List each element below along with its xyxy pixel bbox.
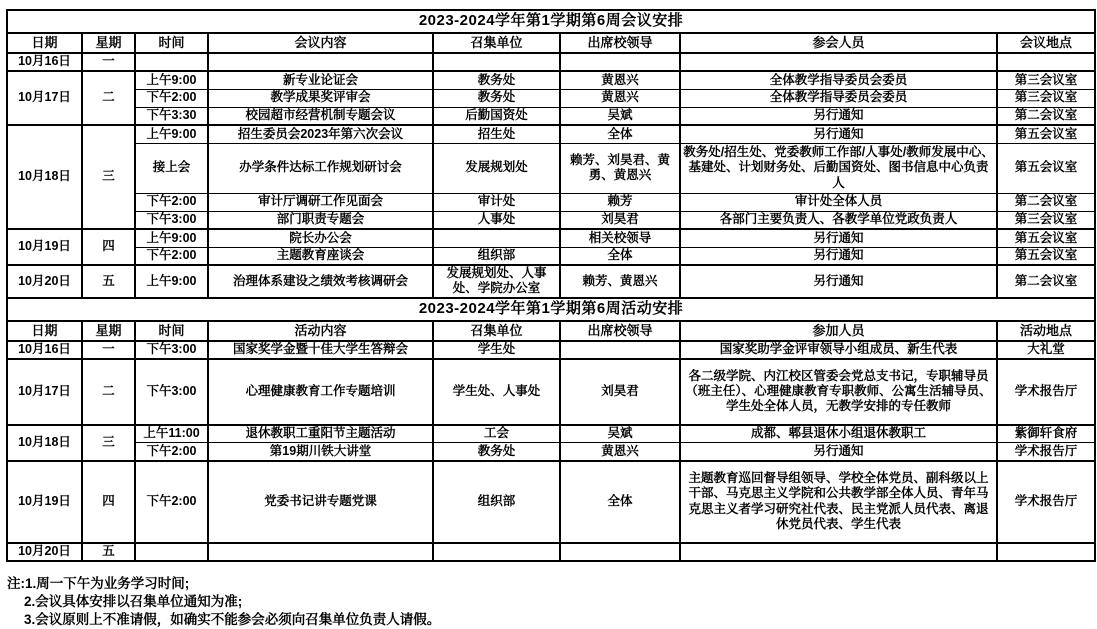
table-row: 下午3:30校园超市经营机制专题会议后勤国资处吴斌另行通知第二会议室 [7,107,1095,125]
cell-date: 10月18日 [7,425,82,461]
table-row: 10月19日四上午9:00院长办公会相关校领导另行通知第五会议室 [7,229,1095,247]
cell-time: 下午3:30 [135,107,208,125]
header-unit: 召集单位 [433,33,560,53]
cell-participants: 另行通知 [680,125,997,143]
cell-unit [433,53,560,71]
cell-participants: 另行通知 [680,443,997,461]
cell-content: 审计厅调研工作见面会 [208,193,433,211]
cell-weekday: 五 [82,543,135,561]
cell-content: 院长办公会 [208,229,433,247]
cell-weekday: 三 [82,125,135,229]
cell-content: 办学条件达标工作规划研讨会 [208,143,433,193]
column-header-row: 日期星期时间活动内容召集单位出席校领导参加人员活动地点 [7,321,1095,341]
cell-content [208,53,433,71]
table-row: 下午2:00主题教育座谈会组织部全体另行通知第五会议室 [7,247,1095,265]
cell-leader: 吴斌 [560,425,680,443]
header-date: 日期 [7,33,82,53]
table-row: 下午2:00审计厅调研工作见面会审计处赖芳审计处全体人员第二会议室 [7,193,1095,211]
cell-participants: 另行通知 [680,265,997,298]
cell-unit: 后勤国资处 [433,107,560,125]
cell-unit: 教务处 [433,71,560,89]
cell-date: 10月16日 [7,53,82,71]
cell-location: 第二会议室 [997,193,1095,211]
header-unit: 召集单位 [433,321,560,341]
cell-content: 退休教职工重阳节主题活动 [208,425,433,443]
cell-participants: 国家奖助学金评审领导小组成员、新生代表 [680,341,997,359]
table-row: 10月17日二下午3:00心理健康教育工作专题培训学生处、人事处刘昊君各二级学院… [7,359,1095,425]
cell-weekday: 二 [82,71,135,125]
cell-participants: 全体教学指导委员会委员 [680,89,997,107]
cell-leader: 刘昊君 [560,211,680,229]
cell-leader: 黄恩兴 [560,71,680,89]
header-date: 日期 [7,321,82,341]
header-location: 会议地点 [997,33,1095,53]
header-content: 活动内容 [208,321,433,341]
cell-participants: 另行通知 [680,247,997,265]
cell-weekday: 四 [82,461,135,543]
table-row: 接上会办学条件达标工作规划研讨会发展规划处赖芳、刘昊君、黄勇、黄恩兴教务处/招生… [7,143,1095,193]
table-row: 10月18日三上午9:00招生委员会2023年第六次会议招生处全体另行通知第五会… [7,125,1095,143]
cell-location: 第二会议室 [997,107,1095,125]
cell-leader: 黄恩兴 [560,443,680,461]
cell-content: 第19期川铁大讲堂 [208,443,433,461]
cell-content: 新专业论证会 [208,71,433,89]
cell-unit [433,543,560,561]
cell-location: 第五会议室 [997,143,1095,193]
cell-time: 下午2:00 [135,193,208,211]
cell-leader: 吴斌 [560,107,680,125]
cell-participants: 教务处/招生处、党委教师工作部/人事处/教师发展中心、基建处、计划财务处、后勤国… [680,143,997,193]
cell-time: 上午9:00 [135,229,208,247]
cell-participants: 各二级学院、内江校区管委会党总支书记，专职辅导员（班主任）、心理健康教育专职教师… [680,359,997,425]
cell-weekday: 一 [82,341,135,359]
cell-weekday: 四 [82,229,135,265]
cell-content: 校园超市经营机制专题会议 [208,107,433,125]
cell-unit: 发展规划处 [433,143,560,193]
cell-location: 学术报告厅 [997,461,1095,543]
cell-date: 10月20日 [7,265,82,298]
footnotes: 注:1.周一下午为业务学习时间; 2.会议具体安排以召集单位通知为准; 3.会议… [7,575,1094,619]
cell-weekday: 五 [82,265,135,298]
cell-leader [560,543,680,561]
cell-time: 下午3:00 [135,211,208,229]
cell-weekday: 二 [82,359,135,425]
cell-leader: 相关校领导 [560,229,680,247]
table-row: 10月18日三上午11:00退休教职工重阳节主题活动工会吴斌成都、郫县退休小组退… [7,425,1095,443]
meetings-table: 2023-2024学年第1学期第6周会议安排日期星期时间会议内容召集单位出席校领… [6,9,1096,299]
cell-location: 第三会议室 [997,211,1095,229]
cell-content: 教学成果奖评审会 [208,89,433,107]
cell-leader [560,53,680,71]
header-time: 时间 [135,321,208,341]
cell-content: 主题教育座谈会 [208,247,433,265]
cell-time [135,543,208,561]
cell-location: 第五会议室 [997,125,1095,143]
header-weekday: 星期 [82,321,135,341]
cell-unit: 学生处、人事处 [433,359,560,425]
cell-content: 党委书记讲专题党课 [208,461,433,543]
cell-leader: 赖芳、黄恩兴 [560,265,680,298]
cell-weekday: 一 [82,53,135,71]
cell-location: 学术报告厅 [997,443,1095,461]
cell-participants: 审计处全体人员 [680,193,997,211]
table-row: 10月17日二上午9:00新专业论证会教务处黄恩兴全体教学指导委员会委员第三会议… [7,71,1095,89]
cell-unit: 教务处 [433,443,560,461]
cell-leader [560,341,680,359]
cell-participants [680,53,997,71]
cell-location: 大礼堂 [997,341,1095,359]
cell-leader: 刘昊君 [560,359,680,425]
note-line-3: 3.会议原则上不准请假，如确实不能参会必须向召集单位负责人请假。 [7,611,1094,618]
cell-location: 学术报告厅 [997,359,1095,425]
cell-leader: 全体 [560,125,680,143]
table-row: 10月16日一 [7,53,1095,71]
cell-participants: 成都、郫县退休小组退休教职工 [680,425,997,443]
header-leader: 出席校领导 [560,321,680,341]
header-weekday: 星期 [82,33,135,53]
cell-leader: 黄恩兴 [560,89,680,107]
table-title-row: 2023-2024学年第1学期第6周活动安排 [7,298,1095,321]
cell-location [997,543,1095,561]
cell-unit: 组织部 [433,461,560,543]
cell-participants: 另行通知 [680,229,997,247]
header-leader: 出席校领导 [560,33,680,53]
cell-participants: 各部门主要负责人、各教学单位党政负责人 [680,211,997,229]
table-row: 下午3:00部门职责专题会人事处刘昊君各部门主要负责人、各教学单位党政负责人第三… [7,211,1095,229]
note-line-2: 2.会议具体安排以召集单位通知为准; [7,593,1094,611]
cell-time: 下午2:00 [135,247,208,265]
cell-time: 接上会 [135,143,208,193]
cell-location: 紫御轩食府 [997,425,1095,443]
cell-date: 10月16日 [7,341,82,359]
cell-unit: 学生处 [433,341,560,359]
cell-participants: 全体教学指导委员会委员 [680,71,997,89]
cell-time: 下午3:00 [135,359,208,425]
header-location: 活动地点 [997,321,1095,341]
cell-unit: 发展规划处、人事处、学院办公室 [433,265,560,298]
cell-content [208,543,433,561]
cell-unit: 人事处 [433,211,560,229]
header-time: 时间 [135,33,208,53]
cell-content: 治理体系建设之绩效考核调研会 [208,265,433,298]
table-title: 2023-2024学年第1学期第6周会议安排 [7,10,1095,33]
cell-time: 上午9:00 [135,265,208,298]
table-title-row: 2023-2024学年第1学期第6周会议安排 [7,10,1095,33]
cell-unit: 组织部 [433,247,560,265]
cell-time: 下午2:00 [135,443,208,461]
cell-leader: 赖芳、刘昊君、黄勇、黄恩兴 [560,143,680,193]
cell-date: 10月20日 [7,543,82,561]
activities-table: 2023-2024学年第1学期第6周活动安排日期星期时间活动内容召集单位出席校领… [6,297,1096,562]
table-row: 10月20日五上午9:00治理体系建设之绩效考核调研会发展规划处、人事处、学院办… [7,265,1095,298]
cell-date: 10月19日 [7,229,82,265]
cell-leader: 全体 [560,461,680,543]
cell-unit: 工会 [433,425,560,443]
cell-unit [433,229,560,247]
cell-time: 下午3:00 [135,341,208,359]
cell-location: 第二会议室 [997,265,1095,298]
cell-time: 上午9:00 [135,125,208,143]
cell-date: 10月18日 [7,125,82,229]
cell-location: 第三会议室 [997,89,1095,107]
cell-unit: 审计处 [433,193,560,211]
table-row: 10月20日五 [7,543,1095,561]
cell-time: 下午2:00 [135,89,208,107]
cell-time [135,53,208,71]
header-content: 会议内容 [208,33,433,53]
cell-location: 第五会议室 [997,247,1095,265]
cell-location [997,53,1095,71]
cell-time: 下午2:00 [135,461,208,543]
header-participants: 参会人员 [680,33,997,53]
table-row: 10月19日四下午2:00党委书记讲专题党课组织部全体主题教育巡回督导组领导、学… [7,461,1095,543]
cell-time: 上午11:00 [135,425,208,443]
column-header-row: 日期星期时间会议内容召集单位出席校领导参会人员会议地点 [7,33,1095,53]
table-row: 下午2:00第19期川铁大讲堂教务处黄恩兴另行通知学术报告厅 [7,443,1095,461]
cell-content: 国家奖学金暨十佳大学生答辩会 [208,341,433,359]
cell-date: 10月19日 [7,461,82,543]
table-row: 下午2:00教学成果奖评审会教务处黄恩兴全体教学指导委员会委员第三会议室 [7,89,1095,107]
cell-content: 部门职责专题会 [208,211,433,229]
cell-date: 10月17日 [7,71,82,125]
cell-content: 心理健康教育工作专题培训 [208,359,433,425]
cell-content: 招生委员会2023年第六次会议 [208,125,433,143]
cell-date: 10月17日 [7,359,82,425]
table-title: 2023-2024学年第1学期第6周活动安排 [7,298,1095,321]
schedule-sheet: 2023-2024学年第1学期第6周会议安排日期星期时间会议内容召集单位出席校领… [6,9,1094,618]
cell-location: 第五会议室 [997,229,1095,247]
note-line-1: 注:1.周一下午为业务学习时间; [7,575,1094,593]
cell-location: 第三会议室 [997,71,1095,89]
cell-time: 上午9:00 [135,71,208,89]
cell-participants [680,543,997,561]
cell-participants: 主题教育巡回督导组领导、学校全体党员、副科级以上干部、马克思主义学院和公共教学部… [680,461,997,543]
header-participants: 参加人员 [680,321,997,341]
cell-leader: 全体 [560,247,680,265]
cell-unit: 招生处 [433,125,560,143]
cell-weekday: 三 [82,425,135,461]
cell-leader: 赖芳 [560,193,680,211]
table-row: 10月16日一下午3:00国家奖学金暨十佳大学生答辩会学生处国家奖助学金评审领导… [7,341,1095,359]
cell-participants: 另行通知 [680,107,997,125]
cell-unit: 教务处 [433,89,560,107]
